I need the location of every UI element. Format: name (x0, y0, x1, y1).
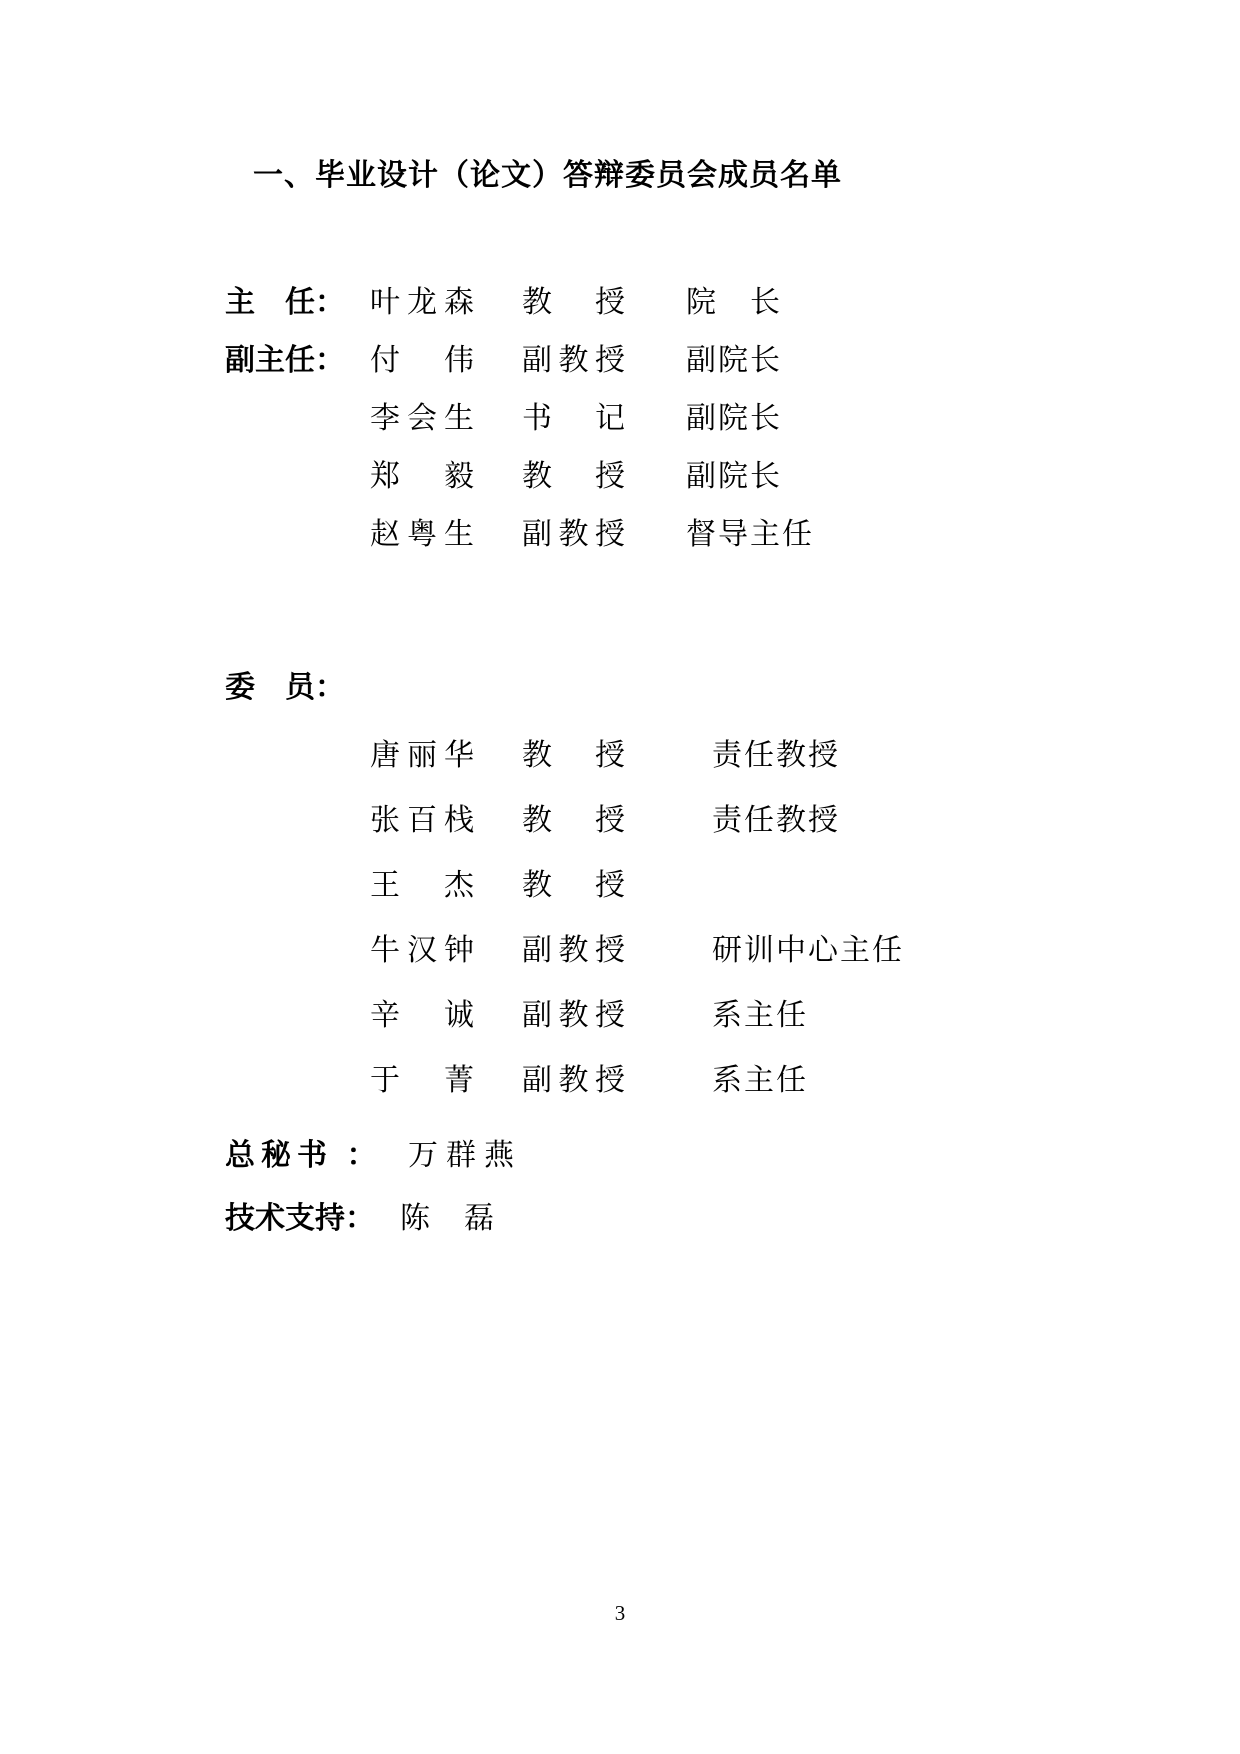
member-name: 陈 磊 (400, 1201, 496, 1237)
member-position: 系主任 (712, 998, 808, 1034)
committee-row-vice-chairman: 郑 毅 教 授 副院长 (0, 459, 1240, 495)
committee-row-member: 牛汉钟 副教授 研训中心主任 (0, 933, 1240, 969)
document-title: 一、毕业设计（论文）答辩委员会成员名单 (253, 156, 842, 196)
member-name: 郑 毅 (370, 459, 474, 495)
role-label: 主 任： (225, 285, 345, 321)
member-position: 责任教授 (712, 803, 840, 839)
secretary-row: 总秘书 ： 万群燕 (0, 1138, 1240, 1174)
role-label: 副主任： (225, 343, 345, 379)
member-name: 王 杰 (370, 868, 474, 904)
member-name: 李会生 (370, 401, 474, 437)
member-rank: 教 授 (522, 738, 625, 774)
member-name: 付 伟 (370, 343, 474, 379)
member-rank: 副教授 (522, 343, 625, 379)
member-name: 赵粤生 (370, 517, 474, 553)
member-name: 万群燕 (408, 1138, 522, 1174)
tech-support-row: 技术支持： 陈 磊 (0, 1201, 1240, 1237)
member-rank: 书 记 (522, 401, 625, 437)
page-number: 3 (0, 1600, 1240, 1626)
committee-row-member: 王 杰 教 授 (0, 868, 1240, 904)
member-rank: 教 授 (522, 803, 625, 839)
member-position: 院 长 (686, 285, 782, 321)
member-name: 唐丽华 (370, 738, 474, 774)
member-position: 副院长 (686, 343, 782, 379)
member-rank: 教 授 (522, 868, 625, 904)
committee-row-vice-chairman: 副主任： 付 伟 副教授 副院长 (0, 343, 1240, 379)
role-label: 技术支持： (225, 1201, 375, 1237)
member-rank: 副教授 (522, 933, 625, 969)
member-name: 牛汉钟 (370, 933, 474, 969)
member-rank: 副教授 (522, 517, 625, 553)
document-page: 一、毕业设计（论文）答辩委员会成员名单 主 任： 叶龙森 教 授 院 长 副主任… (0, 0, 1240, 1754)
role-label: 总秘书 ： (225, 1138, 383, 1174)
member-name: 辛 诚 (370, 998, 474, 1034)
committee-row-member: 唐丽华 教 授 责任教授 (0, 738, 1240, 774)
member-position: 责任教授 (712, 738, 840, 774)
members-heading-row: 委 员： (0, 670, 1240, 706)
member-name: 于 菁 (370, 1063, 474, 1099)
member-position: 研训中心主任 (712, 933, 904, 969)
committee-row-vice-chairman: 李会生 书 记 副院长 (0, 401, 1240, 437)
committee-row-chairman: 主 任： 叶龙森 教 授 院 长 (0, 285, 1240, 321)
committee-row-vice-chairman: 赵粤生 副教授 督导主任 (0, 517, 1240, 553)
members-label: 委 员： (225, 670, 345, 706)
committee-row-member: 于 菁 副教授 系主任 (0, 1063, 1240, 1099)
member-rank: 副教授 (522, 998, 625, 1034)
member-position: 系主任 (712, 1063, 808, 1099)
member-rank: 教 授 (522, 459, 625, 495)
member-rank: 教 授 (522, 285, 625, 321)
member-rank: 副教授 (522, 1063, 625, 1099)
member-name: 叶龙森 (370, 285, 474, 321)
member-position: 督导主任 (686, 517, 814, 553)
member-name: 张百栈 (370, 803, 474, 839)
committee-row-member: 张百栈 教 授 责任教授 (0, 803, 1240, 839)
member-position: 副院长 (686, 459, 782, 495)
committee-row-member: 辛 诚 副教授 系主任 (0, 998, 1240, 1034)
member-position: 副院长 (686, 401, 782, 437)
